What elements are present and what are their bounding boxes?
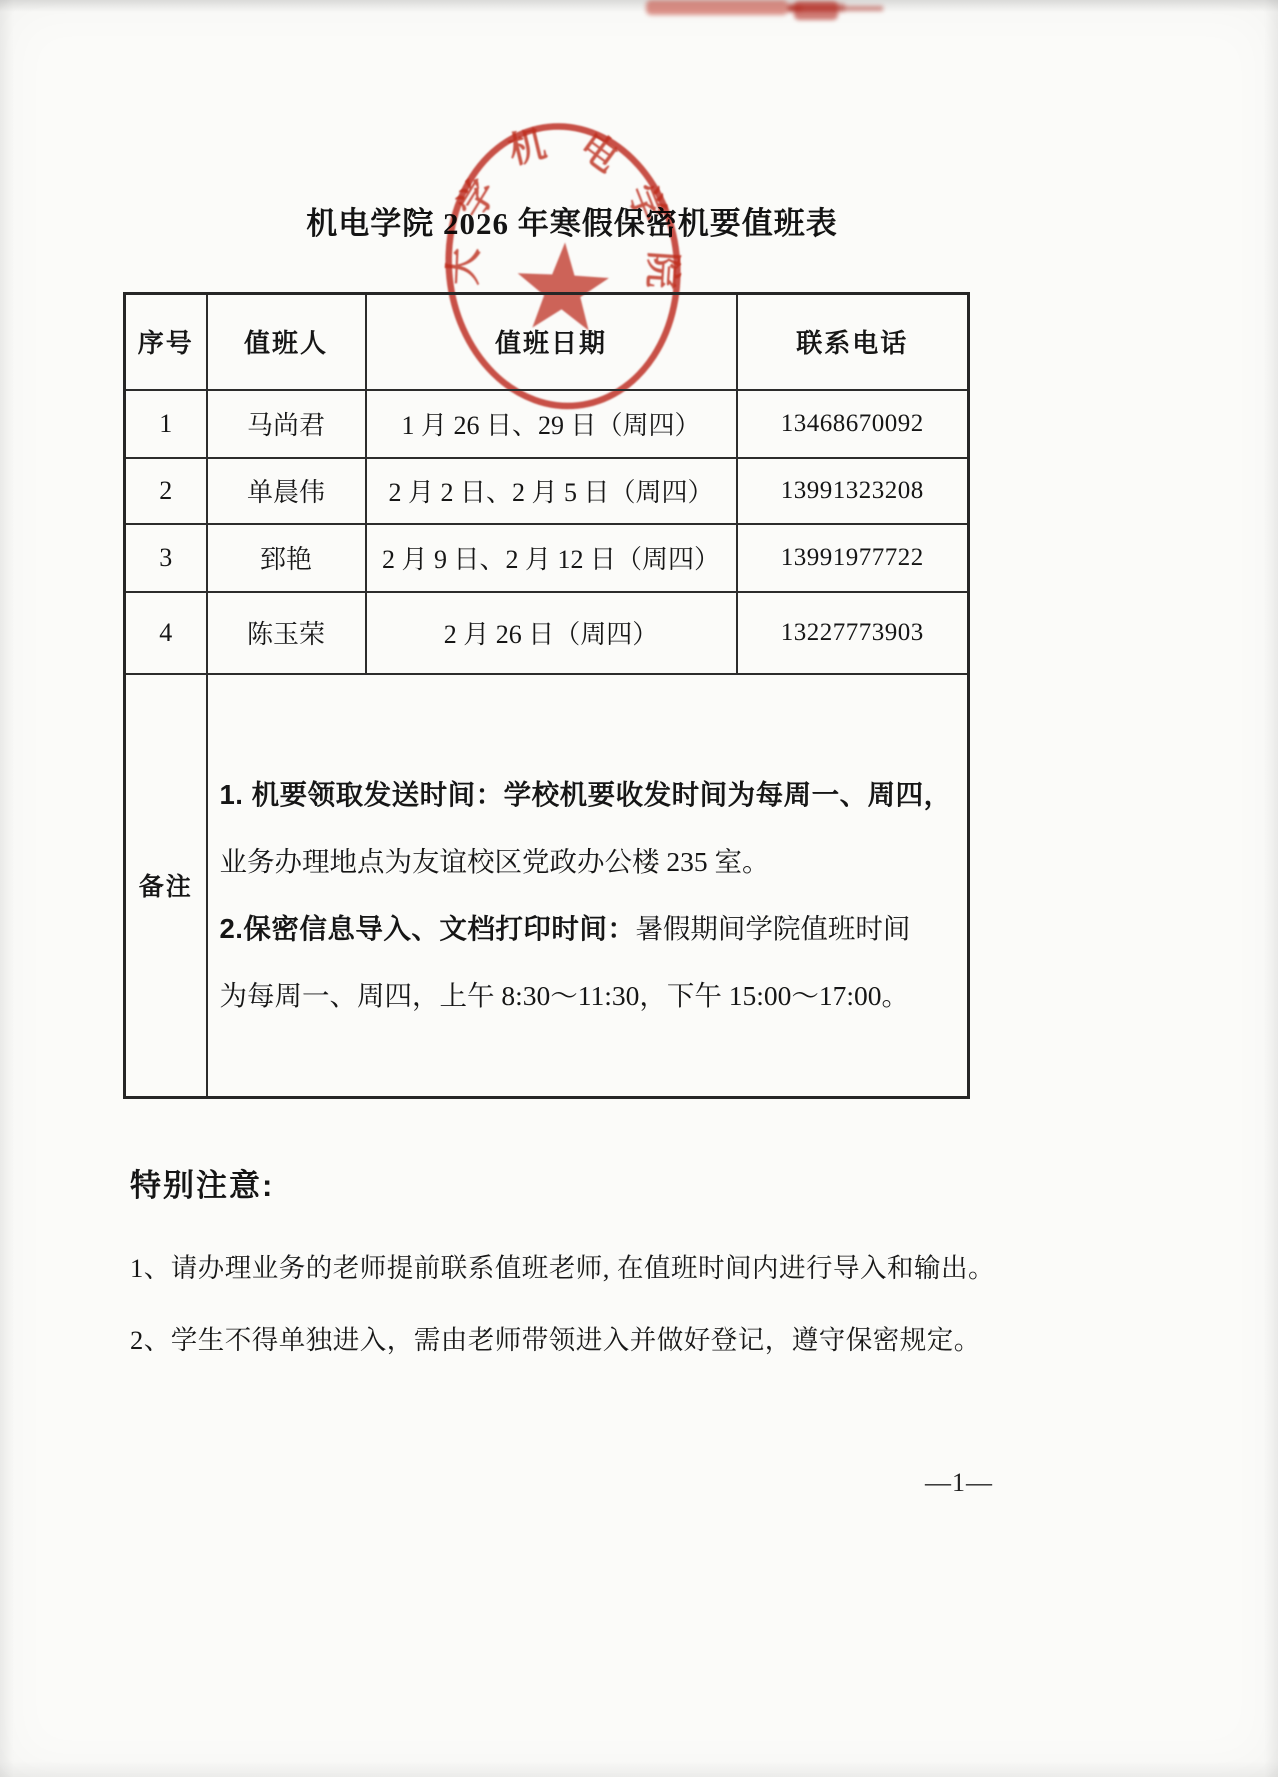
remark-text: 业务办理地点为友谊校区党政办公楼 235 室。 xyxy=(220,846,770,877)
cell-phone: 13991323208 xyxy=(737,458,969,524)
remark-line: 业务办理地点为友谊校区党政办公楼 235 室。 xyxy=(220,828,962,895)
cell-phone: 13991977722 xyxy=(737,524,969,592)
col-header-person: 值班人 xyxy=(207,294,366,390)
col-header-phone: 联系电话 xyxy=(737,294,969,390)
remark-row: 备注 1. 机要领取发送时间：学校机要收发时间为每周一、周四， 业务办理地点为友… xyxy=(125,674,969,1098)
cell-dates: 2 月 26 日（周四） xyxy=(366,592,737,674)
cell-person: 郅艳 xyxy=(207,524,366,592)
cell-dates: 1 月 26 日、29 日（周四） xyxy=(366,390,737,458)
remark-label: 备注 xyxy=(125,674,207,1098)
cell-phone: 13227773903 xyxy=(737,592,969,674)
remark-text: 学校机要收发时间为每周一、周四， xyxy=(504,779,952,810)
col-header-index: 序号 xyxy=(125,294,207,390)
cell-dates: 2 月 2 日、2 月 5 日（周四） xyxy=(366,458,737,524)
cell-index: 2 xyxy=(125,458,207,524)
cell-index: 1 xyxy=(125,390,207,458)
table-row: 2 单晨伟 2 月 2 日、2 月 5 日（周四） 13991323208 xyxy=(125,458,969,524)
remark-line: 2.保密信息导入、文档打印时间：暑假期间学院值班时间 xyxy=(220,895,962,962)
table-header-row: 序号 值班人 值班日期 联系电话 xyxy=(125,294,969,390)
cell-phone: 13468670092 xyxy=(737,390,969,458)
scanned-document-page: 机电学院 2026 年寒假保密机要值班表 大学机电学院 序号 值班人 值班日期 … xyxy=(0,0,1278,1777)
remark-line: 为每周一、周四，上午 8:30～11:30，下午 15:00～17:00。 xyxy=(220,962,962,1029)
notice-item: 2、学生不得单独进入，需由老师带领进入并做好登记，遵守保密规定。 xyxy=(130,1318,1030,1357)
cell-dates: 2 月 9 日、2 月 12 日（周四） xyxy=(366,524,737,592)
duty-table: 序号 值班人 值班日期 联系电话 1 马尚君 1 月 26 日、29 日（周四）… xyxy=(123,292,970,1099)
page-number: —1— xyxy=(925,1468,993,1498)
cell-index: 4 xyxy=(125,592,207,674)
remark-lead: 2.保密信息导入、文档打印时间： xyxy=(220,913,636,944)
remark-text: 为每周一、周四，上午 8:30～11:30，下午 15:00～17:00。 xyxy=(220,980,910,1011)
cell-person: 陈玉荣 xyxy=(207,592,366,674)
cell-person: 马尚君 xyxy=(207,390,366,458)
col-header-dates: 值班日期 xyxy=(366,294,737,390)
remark-line: 1. 机要领取发送时间：学校机要收发时间为每周一、周四， xyxy=(220,761,962,828)
remark-text: 暑假期间学院值班时间 xyxy=(635,913,910,944)
remark-lead: 1. 机要领取发送时间： xyxy=(220,779,504,810)
red-ink-artifact xyxy=(646,0,788,15)
table-row: 1 马尚君 1 月 26 日、29 日（周四） 13468670092 xyxy=(125,390,969,458)
remark-content: 1. 机要领取发送时间：学校机要收发时间为每周一、周四， 业务办理地点为友谊校区… xyxy=(207,674,969,1098)
table-row: 4 陈玉荣 2 月 26 日（周四） 13227773903 xyxy=(125,592,969,674)
cell-index: 3 xyxy=(125,524,207,592)
notice-heading: 特别注意: xyxy=(130,1160,274,1205)
notice-item: 1、请办理业务的老师提前联系值班老师, 在值班时间内进行导入和输出。 xyxy=(130,1246,1030,1285)
cell-person: 单晨伟 xyxy=(207,458,366,524)
table-row: 3 郅艳 2 月 9 日、2 月 12 日（周四） 13991977722 xyxy=(125,524,969,592)
red-ink-artifact xyxy=(794,1,838,20)
